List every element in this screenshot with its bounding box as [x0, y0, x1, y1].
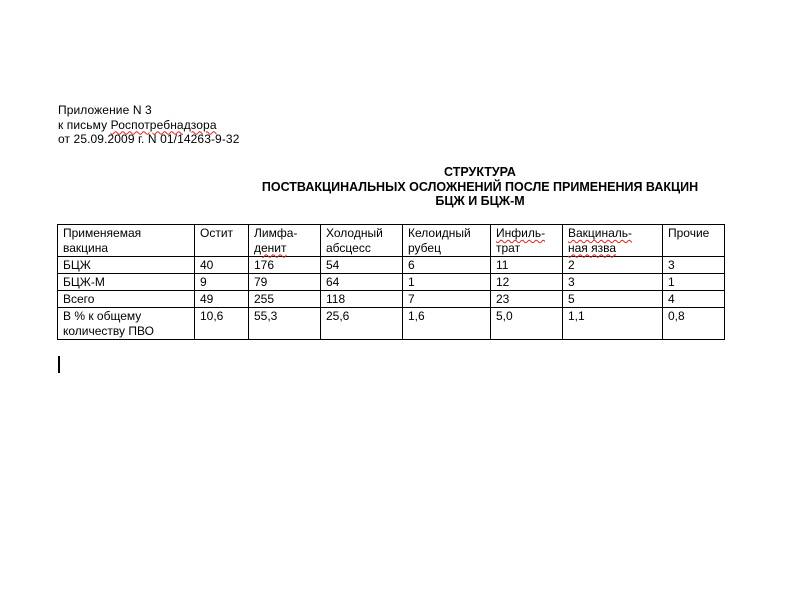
cell-value: 23 [491, 291, 563, 308]
cell-percent: 1,6 [403, 308, 491, 340]
title-line-3: БЦЖ И БЦЖ-М [230, 194, 730, 209]
cell-value: 1 [663, 274, 725, 291]
row-label: В % к общемуколичеству ПВО [58, 308, 195, 340]
header-infiltrate: Инфиль-трат [491, 225, 563, 257]
header-keloid-scar: Келоидныйрубец [403, 225, 491, 257]
cell-value: 176 [249, 257, 321, 274]
appendix-number: Приложение N 3 [58, 103, 239, 118]
appendix-header: Приложение N 3 к письму Роспотребнадзора… [58, 103, 239, 147]
header-ostitis: Остит [195, 225, 249, 257]
cell-value: 3 [663, 257, 725, 274]
row-label: Всего [58, 291, 195, 308]
cell-value: 40 [195, 257, 249, 274]
cell-value: 1 [403, 274, 491, 291]
cell-value: 54 [321, 257, 403, 274]
cell-value: 7 [403, 291, 491, 308]
cell-value: 2 [563, 257, 663, 274]
cell-percent: 55,3 [249, 308, 321, 340]
cell-value: 9 [195, 274, 249, 291]
cell-value: 118 [321, 291, 403, 308]
cell-value: 255 [249, 291, 321, 308]
table-row-total: Всего 49 255 118 7 23 5 4 [58, 291, 725, 308]
title-line-1: СТРУКТУРА [230, 165, 730, 180]
cell-value: 64 [321, 274, 403, 291]
row-label: БЦЖ-М [58, 274, 195, 291]
letter-reference: к письму Роспотребнадзора [58, 118, 239, 133]
header-vaccine-ulcer: Вакциналь-ная язва [563, 225, 663, 257]
cell-value: 3 [563, 274, 663, 291]
cell-value: 5 [563, 291, 663, 308]
letter-prefix: к письму [58, 118, 111, 132]
complications-table: Применяемаявакцина Остит Лимфа-денит Хол… [57, 224, 725, 340]
header-vaccine: Применяемаявакцина [58, 225, 195, 257]
cell-value: 4 [663, 291, 725, 308]
cell-value: 12 [491, 274, 563, 291]
text-cursor [58, 356, 60, 373]
cell-percent: 25,6 [321, 308, 403, 340]
document-title: СТРУКТУРА ПОСТВАКЦИНАЛЬНЫХ ОСЛОЖНЕНИЙ ПО… [230, 165, 730, 209]
cell-percent: 10,6 [195, 308, 249, 340]
organization-name: Роспотребнадзора [111, 118, 217, 132]
header-other: Прочие [663, 225, 725, 257]
cell-value: 11 [491, 257, 563, 274]
table-row: БЦЖ 40 176 54 6 11 2 3 [58, 257, 725, 274]
letter-date-number: от 25.09.2009 г. N 01/14263-9-32 [58, 132, 239, 147]
cell-percent: 1,1 [563, 308, 663, 340]
cell-percent: 5,0 [491, 308, 563, 340]
cell-value: 79 [249, 274, 321, 291]
cell-value: 6 [403, 257, 491, 274]
table-header-row: Применяемаявакцина Остит Лимфа-денит Хол… [58, 225, 725, 257]
header-lymphadenitis: Лимфа-денит [249, 225, 321, 257]
cell-value: 49 [195, 291, 249, 308]
header-cold-abscess: Холодныйабсцесс [321, 225, 403, 257]
table-row: БЦЖ-М 9 79 64 1 12 3 1 [58, 274, 725, 291]
row-label: БЦЖ [58, 257, 195, 274]
table-row-percent: В % к общемуколичеству ПВО 10,6 55,3 25,… [58, 308, 725, 340]
cell-percent: 0,8 [663, 308, 725, 340]
title-line-2: ПОСТВАКЦИНАЛЬНЫХ ОСЛОЖНЕНИЙ ПОСЛЕ ПРИМЕН… [230, 180, 730, 195]
